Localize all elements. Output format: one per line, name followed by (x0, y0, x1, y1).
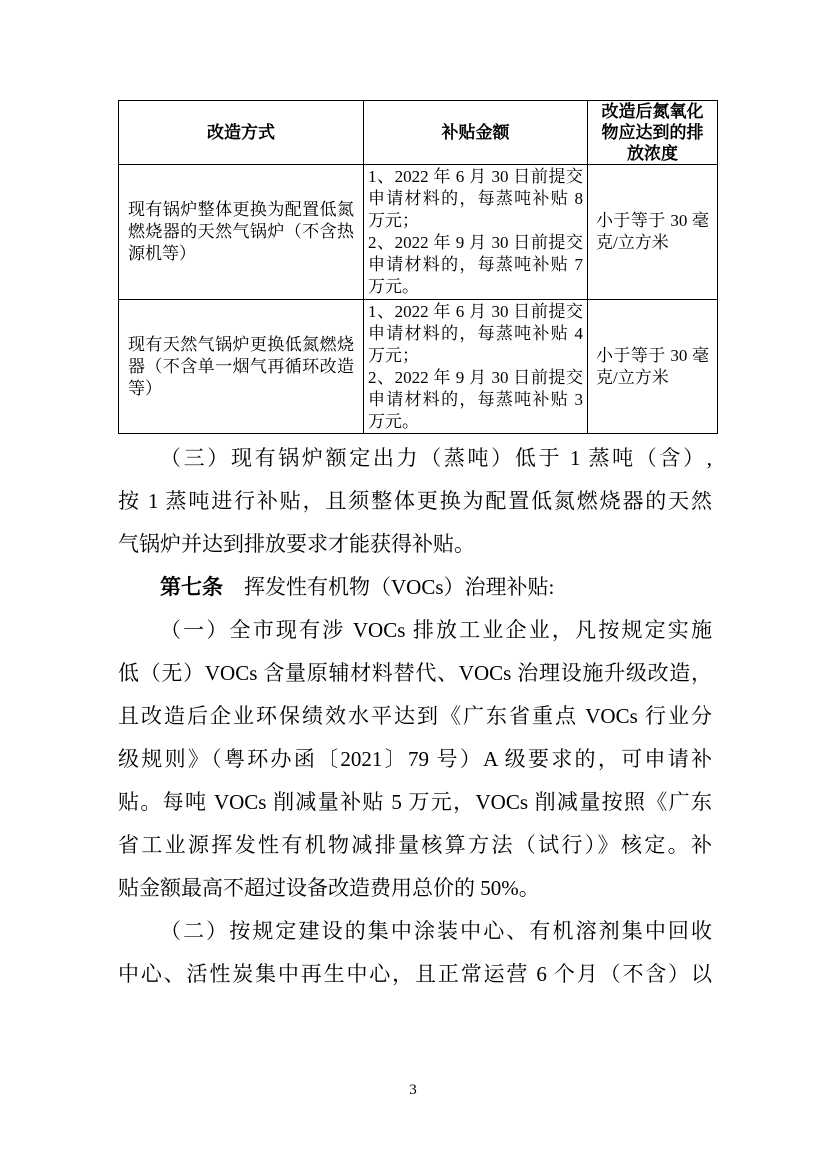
body-line: 低（无）VOCs 含量原辅材料替代、VOCs 治理设施升级改造， (118, 652, 712, 695)
body-line: （一）全市现有涉 VOCs 排放工业企业，凡按规定实施 (118, 609, 712, 652)
article-title: 挥发性有机物（VOCs）治理补贴: (223, 575, 554, 599)
table-row: 现有锅炉整体更换为配置低氮燃烧器的天然气锅炉（不含热源机等） 1、2022 年 … (119, 165, 718, 300)
table-header-row: 改造方式 补贴金额 改造后氮氧化物应达到的排放浓度 (119, 101, 718, 165)
document-page: 改造方式 补贴金额 改造后氮氧化物应达到的排放浓度 现有锅炉整体更换为配置低氮燃… (0, 0, 826, 1169)
cell-subsidy-1: 1、2022 年 6 月 30 日前提交申请材料的，每蒸吨补贴 8 万元； 2、… (364, 165, 588, 300)
header-cell-method: 改造方式 (119, 101, 364, 165)
cell-emission-2: 小于等于 30 毫克/立方米 (588, 300, 718, 434)
subsidy-table: 改造方式 补贴金额 改造后氮氧化物应达到的排放浓度 现有锅炉整体更换为配置低氮燃… (118, 100, 718, 434)
body-line: 贴金额最高不超过设备改造费用总价的 50%。 (118, 867, 712, 910)
body-line: （三）现有锅炉额定出力（蒸吨）低于 1 蒸吨（含）, (118, 437, 712, 480)
body-line: （二）按规定建设的集中涂装中心、有机溶剂集中回收 (118, 910, 712, 953)
article-number: 第七条 (160, 575, 223, 599)
body-line: 且改造后企业环保绩效水平达到《广东省重点 VOCs 行业分 (118, 695, 712, 738)
cell-subsidy-2: 1、2022 年 6 月 30 日前提交申请材料的，每蒸吨补贴 4 万元； 2、… (364, 300, 588, 434)
subsidy-item: 2、2022 年 9 月 30 日前提交申请材料的，每蒸吨补贴 3 万元。 (368, 367, 583, 433)
cell-method-1: 现有锅炉整体更换为配置低氮燃烧器的天然气锅炉（不含热源机等） (119, 165, 364, 300)
body-line: 级规则》（粤环办函〔2021〕79 号）A 级要求的，可申请补 (118, 738, 712, 781)
subsidy-item: 1、2022 年 6 月 30 日前提交申请材料的，每蒸吨补贴 8 万元； (368, 166, 583, 232)
cell-emission-1: 小于等于 30 毫克/立方米 (588, 165, 718, 300)
subsidy-item: 2、2022 年 9 月 30 日前提交申请材料的，每蒸吨补贴 7 万元。 (368, 232, 583, 298)
body-line: 按 1 蒸吨进行补贴，且须整体更换为配置低氮燃烧器的天然 (118, 480, 712, 523)
body-line: 气锅炉并达到排放要求才能获得补贴。 (118, 523, 712, 566)
page-number: 3 (0, 1080, 826, 1100)
body-line: 中心、活性炭集中再生中心，且正常运营 6 个月（不含）以 (118, 953, 712, 996)
body-text: （三）现有锅炉额定出力（蒸吨）低于 1 蒸吨（含）, 按 1 蒸吨进行补贴，且须… (118, 437, 712, 996)
body-line: 省工业源挥发性有机物减排量核算方法（试行）》核定。补 (118, 824, 712, 867)
header-cell-emission: 改造后氮氧化物应达到的排放浓度 (588, 101, 718, 165)
table-row: 现有天然气锅炉更换低氮燃烧器（不含单一烟气再循环改造等） 1、2022 年 6 … (119, 300, 718, 434)
subsidy-item: 1、2022 年 6 月 30 日前提交申请材料的，每蒸吨补贴 4 万元； (368, 301, 583, 367)
header-cell-subsidy: 补贴金额 (364, 101, 588, 165)
article-7-heading: 第七条 挥发性有机物（VOCs）治理补贴: (118, 566, 712, 609)
body-line: 贴。每吨 VOCs 削减量补贴 5 万元，VOCs 削减量按照《广东 (118, 781, 712, 824)
cell-method-2: 现有天然气锅炉更换低氮燃烧器（不含单一烟气再循环改造等） (119, 300, 364, 434)
